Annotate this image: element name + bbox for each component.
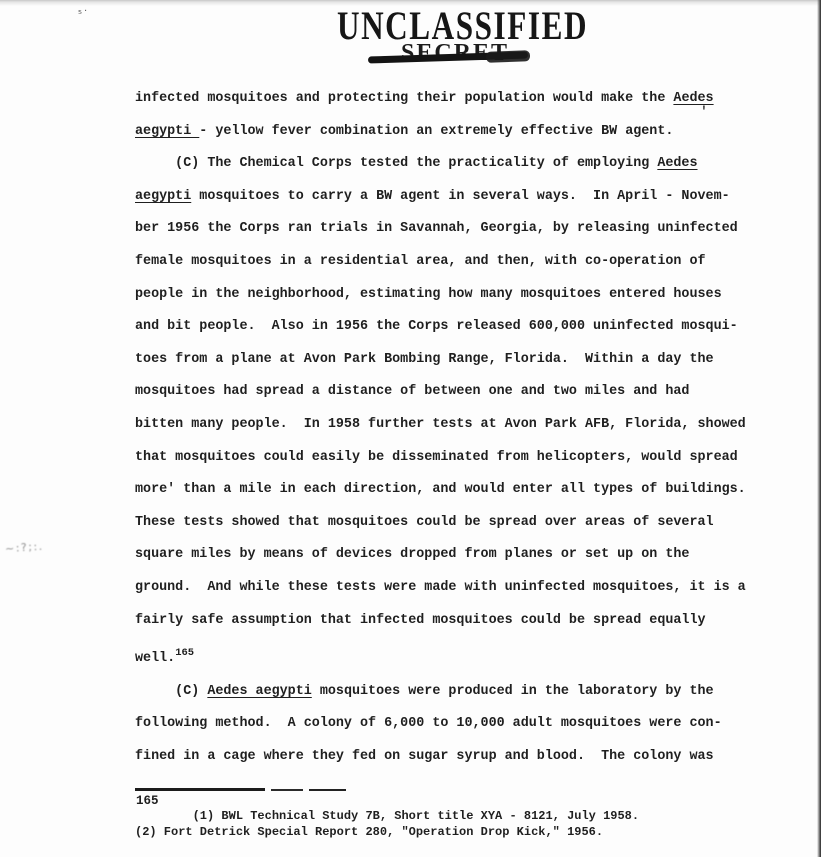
strikethrough-smear [486,50,530,63]
body-line: fined in a cage where they fed on sugar … [135,741,760,774]
body-line: that mosquitoes could easily be dissemin… [135,442,760,475]
body-line: following method. A colony of 6,000 to 1… [135,708,760,741]
body-line: ground. And while these tests were made … [135,572,760,605]
body-line: fairly safe assumption that infected mos… [135,605,760,638]
footnote-rule-dash [271,789,303,791]
body-line: people in the neighborhood, estimating h… [135,279,760,312]
scanned-document-page: ₅· UNCLASSIFIED SECRET ' infected mosqui… [0,0,821,857]
scan-speck-mark: ₅· [78,6,89,17]
body-line: square miles by means of devices dropped… [135,539,760,572]
secret-stamp-struck: SECRET [368,42,528,68]
body-line: more' than a mile in each direction, and… [135,474,760,507]
body-line: (C) Aedes aegypti mosquitoes were produc… [135,676,760,709]
body-line: bitten many people. In 1958 further test… [135,409,760,442]
body-line: These tests showed that mosquitoes could… [135,507,760,540]
body-line: and bit people. Also in 1956 the Corps r… [135,311,760,344]
body-line: mosquitoes had spread a distance of betw… [135,376,760,409]
body-line: ber 1956 the Corps ran trials in Savanna… [135,213,760,246]
body-line: (C) The Chemical Corps tested the practi… [135,148,760,181]
body-line: aegypti mosquitoes to carry a BW agent i… [135,181,760,214]
footnote-rule [135,788,265,791]
footnote-line: (2) Fort Detrick Special Report 280, "Op… [135,825,639,841]
body-line: female mosquitoes in a residential area,… [135,246,760,279]
footnote-line: (1) BWL Technical Study 7B, Short title … [135,809,639,825]
footnote-number: 165 [136,794,159,808]
footnote-text: (1) BWL Technical Study 7B, Short title … [135,809,639,840]
body-line: toes from a plane at Avon Park Bombing R… [135,344,760,377]
body-line: well.165 [135,637,760,676]
margin-smudge-mark: ~:?;:. [5,540,44,556]
body-line: aegypti - yellow fever combination an ex… [135,116,760,149]
footnote-rule-dash [309,789,346,791]
body-text: infected mosquitoes and protecting their… [135,83,760,773]
scan-right-edge [817,0,821,857]
body-line: infected mosquitoes and protecting their… [135,83,760,116]
